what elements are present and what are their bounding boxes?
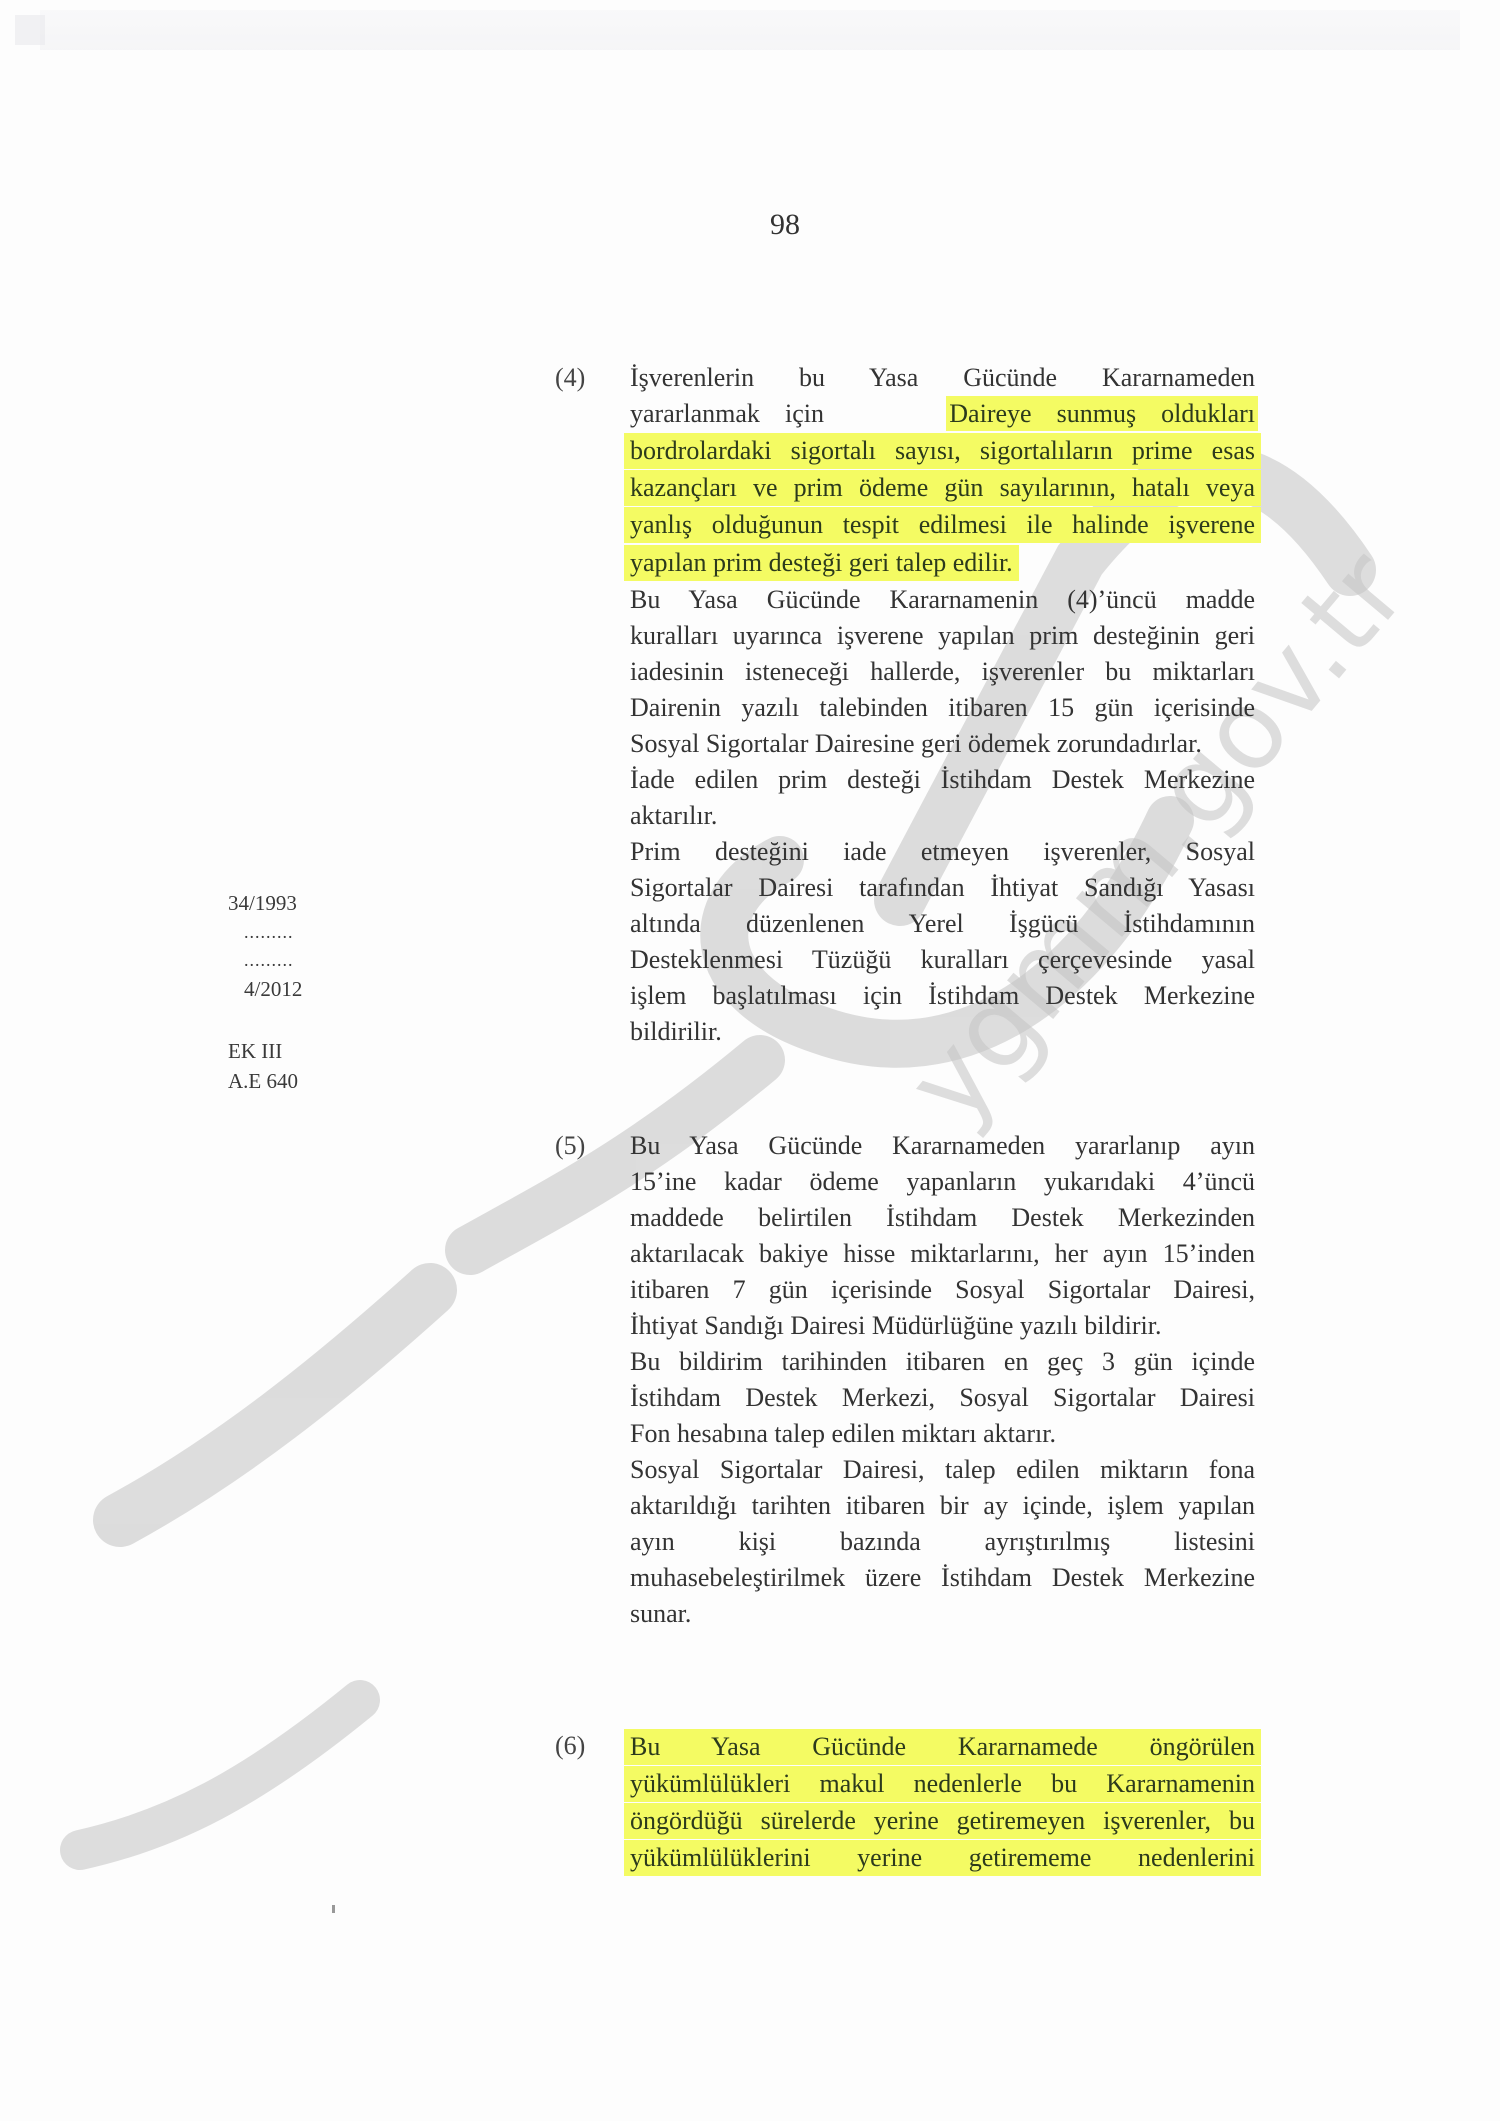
paragraph-6: (6) Bu Yasa Gücünde Kararnamede öngörüle…: [555, 1728, 1255, 1877]
text-line: Desteklenmesi Tüzüğü kuralları çerçevesi…: [630, 942, 1255, 978]
text-line: yararlanmak için Daireye sunmuş olduklar…: [630, 396, 1255, 432]
text-line: maddede belirtilen İstihdam Destek Merke…: [630, 1200, 1255, 1236]
text-line: Fon hesabına talep edilen miktarı aktarı…: [630, 1416, 1255, 1452]
text-line: İhtiyat Sandığı Dairesi Müdürlüğüne yazı…: [630, 1308, 1255, 1344]
text-line: sunar.: [630, 1596, 1255, 1632]
text-line: Bu Yasa Gücünde Kararnamenin (4)’üncü ma…: [630, 582, 1255, 618]
highlighted-line: bordrolardaki sigortalı sayısı, sigortal…: [630, 433, 1255, 469]
highlighted-block: bordrolardaki sigortalı sayısı, sigortal…: [630, 433, 1255, 582]
text-line: Sosyal Sigortalar Dairesine geri ödemek …: [630, 726, 1255, 762]
highlighted-line: yanlış olduğunun tespit edilmesi ile hal…: [630, 507, 1255, 543]
highlighted-text: Daireye sunmuş oldukları: [949, 399, 1255, 428]
highlighted-line: yapılan prim desteği geri talep edilir.: [630, 545, 1013, 581]
text-line: Bu Yasa Gücünde Kararnamede öngörülen: [630, 1729, 1255, 1765]
text-line: iadesinin isteneceği hallerde, işverenle…: [630, 654, 1255, 690]
text-line: ayın kişi bazında ayrıştırılmış listesin…: [630, 1524, 1255, 1560]
text-line: aktarılır.: [630, 798, 1255, 834]
paragraph-5: (5) Bu Yasa Gücünde Kararnameden yararla…: [555, 1128, 1255, 1632]
text-line: muhasebeleştirilmek üzere İstihdam Deste…: [630, 1560, 1255, 1596]
ellipsis: .........: [228, 946, 302, 974]
highlighted-line: kazançları ve prim ödeme gün sayılarının…: [630, 470, 1255, 506]
text-line: aktarılacak bakiye hisse miktarlarını, h…: [630, 1236, 1255, 1272]
highlighted-block: Bu Yasa Gücünde Kararnamede öngörülenyük…: [630, 1729, 1255, 1876]
text-line: aktarıldığı tarihten itibaren bir ay içi…: [630, 1488, 1255, 1524]
margin-note: 34/1993 ......... ......... 4/2012 EK II…: [228, 888, 302, 1096]
text-line: Prim desteğini iade etmeyen işverenler, …: [630, 834, 1255, 870]
text-line: itibaren 7 gün içerisinde Sosyal Sigorta…: [630, 1272, 1255, 1308]
text-line: öngördüğü sürelerde yerine getiremeyen i…: [630, 1803, 1255, 1839]
text-line: kuralları uyarınca işverene yapılan prim…: [630, 618, 1255, 654]
text-line: yükümlülüklerini yerine getirememe neden…: [630, 1840, 1255, 1876]
page-number: 98: [770, 208, 800, 242]
paragraph-number: (4): [555, 360, 585, 396]
text-line: Bu Yasa Gücünde Kararnameden yararlanıp …: [630, 1128, 1255, 1164]
text-line: İşverenlerin bu Yasa Gücünde Kararnamede…: [630, 360, 1255, 396]
law-reference: 4/2012: [228, 974, 302, 1004]
text-line: 15’ine kadar ödeme yapanların yukarıdaki…: [630, 1164, 1255, 1200]
text-line: İade edilen prim desteği İstihdam Destek…: [630, 762, 1255, 798]
scan-artifact-corner: [15, 15, 45, 45]
gazette-reference: A.E 640: [228, 1066, 302, 1096]
paragraph-body: Bu Yasa Gücünde Kararnameden yararlanıp …: [630, 1128, 1255, 1632]
text-line: altında düzenlenen Yerel İşgücü İstihdam…: [630, 906, 1255, 942]
text-line: yükümlülükleri makul nedenlerle bu Karar…: [630, 1766, 1255, 1802]
scan-artifact-top: [40, 10, 1460, 50]
text-line: Sigortalar Dairesi tarafından İhtiyat Sa…: [630, 870, 1255, 906]
text-fragment: yararlanmak için: [630, 399, 824, 428]
plain-block: Bu Yasa Gücünde Kararnamenin (4)’üncü ma…: [630, 582, 1255, 1050]
text-line: işlem başlatılması için İstihdam Destek …: [630, 978, 1255, 1014]
text-line: bildirilir.: [630, 1014, 1255, 1050]
text-line: Bu bildirim tarihinden itibaren en geç 3…: [630, 1344, 1255, 1380]
paragraph-number: (6): [555, 1728, 585, 1764]
text-line: Dairenin yazılı talebinden itibaren 15 g…: [630, 690, 1255, 726]
paragraph-body: İşverenlerin bu Yasa Gücünde Kararnamede…: [630, 360, 1255, 1050]
annex-label: EK III: [228, 1036, 302, 1066]
text-line: Sosyal Sigortalar Dairesi, talep edilen …: [630, 1452, 1255, 1488]
paragraph-4: (4) İşverenlerin bu Yasa Gücünde Kararna…: [555, 360, 1255, 1050]
scan-speck: [332, 1905, 335, 1913]
law-reference: 34/1993: [228, 888, 302, 918]
text-line: İstihdam Destek Merkezi, Sosyal Sigortal…: [630, 1380, 1255, 1416]
paragraph-number: (5): [555, 1128, 585, 1164]
ellipsis: .........: [228, 918, 302, 946]
